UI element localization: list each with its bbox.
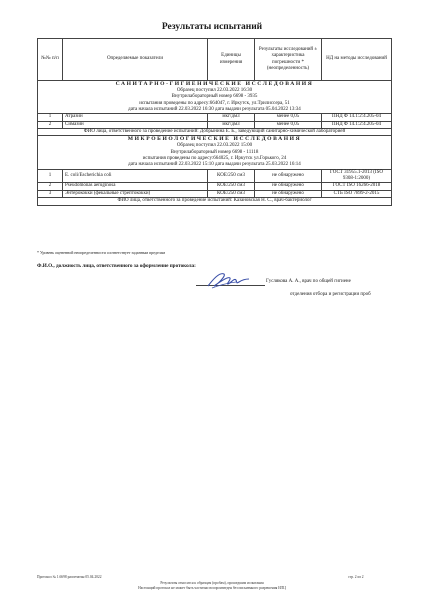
- row-method: ПНД Ф 14.1:2:4.205-04: [322, 121, 392, 128]
- signer-name: Гуслякова А. А., врач по общей гигиене: [266, 279, 351, 284]
- table-row: 2 Pseudomonas aeruginosa КОЕ/250 см3 не …: [38, 183, 392, 190]
- row-result: менее 0,05: [255, 114, 322, 121]
- row-method: СТБ ISO 7899-2-2015: [322, 190, 392, 197]
- row-units: КОЕ/250 см3: [208, 183, 255, 190]
- protocol-responsible-label: Ф.И.О., должность лица, ответственного з…: [37, 263, 196, 269]
- row-units: мкг/дм3: [208, 114, 255, 121]
- row-result: не обнаружено: [255, 183, 322, 190]
- page-title: Результаты испытаний: [0, 22, 424, 32]
- footer-page-number: стр. 2 из 2: [348, 575, 364, 579]
- section-header-sanitary: САНИТАРНО-ГИГИЕНИЧЕСКИЕ ИССЛЕДОВАНИЯ Обр…: [38, 81, 392, 114]
- row-method: ПНД Ф 14.1:2:4.205-04: [322, 114, 392, 121]
- responsible-row: ФИО лица, ответственного за проведение и…: [38, 129, 392, 136]
- row-units: КОЕ/250 см3: [208, 190, 255, 197]
- footer-protocol-info: Протокол № 1.6698 распечатан 05.04.2022: [37, 575, 102, 579]
- row-units: КОЕ/250 см3: [208, 169, 255, 183]
- test-dates: дата начала испытаний 22.03.2022 15:10 д…: [40, 162, 389, 168]
- test-dates: дата начала испытаний 22.03.2022 16:30 д…: [40, 107, 389, 113]
- table-row: 3 Энтерококки (фекальные стрептококки) К…: [38, 190, 392, 197]
- footer-line-1: Результаты относятся к образцам (пробам)…: [0, 581, 424, 585]
- document-page: Результаты испытаний №№ п/п Определяемые…: [0, 0, 424, 600]
- row-num: 2: [38, 121, 63, 128]
- row-method: ГОСТ ISO 16266-2018: [322, 183, 392, 190]
- signature-icon: [206, 270, 250, 290]
- row-indicator: Энтерококки (фекальные стрептококки): [63, 190, 208, 197]
- table-row: 1 Атразин мкг/дм3 менее 0,05 ПНД Ф 14.1:…: [38, 114, 392, 121]
- row-indicator: E. coli/Escherichia coli: [63, 169, 208, 183]
- row-indicator: Pseudomonas aeruginosa: [63, 183, 208, 190]
- section-title: САНИТАРНО-ГИГИЕНИЧЕСКИЕ ИССЛЕДОВАНИЯ: [40, 81, 389, 88]
- section-title: МИКРОБИОЛОГИЧЕСКИЕ ИССЛЕДОВАНИЯ: [40, 136, 389, 143]
- section-header-microbiological: МИКРОБИОЛОГИЧЕСКИЕ ИССЛЕДОВАНИЯ Образец …: [38, 136, 392, 169]
- header-indicator: Определяемые показатели: [63, 39, 208, 81]
- row-result: менее 0,05: [255, 121, 322, 128]
- responsible-row: ФИО лица, ответственного за проведение и…: [38, 198, 392, 205]
- signer-department: отделения отбора и регистрации проб: [290, 292, 371, 297]
- row-indicator: Симазин: [63, 121, 208, 128]
- table-row: 2 Симазин мкг/дм3 менее 0,05 ПНД Ф 14.1:…: [38, 121, 392, 128]
- responsible-person: ФИО лица, ответственного за проведение и…: [38, 198, 392, 205]
- row-result: не обнаружено: [255, 190, 322, 197]
- header-results: Результаты исследований ± характеристика…: [255, 39, 322, 81]
- row-num: 2: [38, 183, 63, 190]
- header-method: НД на методы исследований: [322, 39, 392, 81]
- row-num: 3: [38, 190, 63, 197]
- row-result: не обнаружено: [255, 169, 322, 183]
- header-num: №№ п/п: [38, 39, 63, 81]
- table-header-row: №№ п/п Определяемые показатели Единицы и…: [38, 39, 392, 81]
- row-indicator: Атразин: [63, 114, 208, 121]
- footer-line-2: Настоящий протокол не может быть частичн…: [0, 586, 424, 590]
- row-units: мкг/дм3: [208, 121, 255, 128]
- row-num: 1: [38, 169, 63, 183]
- row-num: 1: [38, 114, 63, 121]
- results-table: №№ п/п Определяемые показатели Единицы и…: [37, 38, 392, 206]
- header-units: Единицы измерения: [208, 39, 255, 81]
- responsible-person: ФИО лица, ответственного за проведение и…: [38, 129, 392, 136]
- uncertainty-note: * Уровень оцененной неопределенности соо…: [37, 250, 165, 255]
- table-row: 1 E. coli/Escherichia coli КОЕ/250 см3 н…: [38, 169, 392, 183]
- row-method: ГОСТ 31955.1-2013 (ISO 9308-1:2000): [322, 169, 392, 183]
